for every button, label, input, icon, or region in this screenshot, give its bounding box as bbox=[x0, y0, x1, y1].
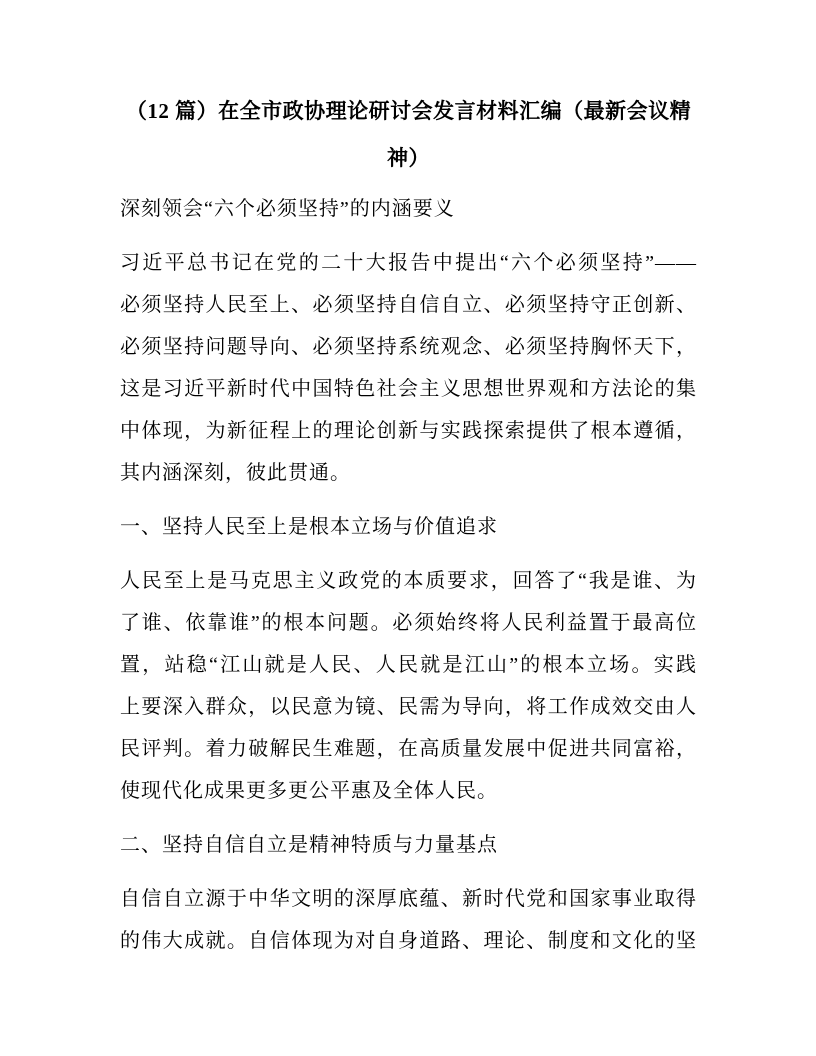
heading-section-2: 二、坚持自信自立是精神特质与力量基点 bbox=[120, 824, 697, 866]
paragraph-section-2-line-2: 的伟大成就。自信体现为对自身道路、理论、制度和文化的坚 bbox=[120, 920, 697, 962]
paragraph-intro-line-5: 中体现，为新征程上的理论创新与实践探索提供了根本遵循， bbox=[120, 410, 697, 452]
paragraph-section-1-line-4: 上要深入群众，以民意为镜、民需为导向，将工作成效交由人 bbox=[120, 686, 697, 728]
paragraph-intro-line-1: 习近平总书记在党的二十大报告中提出“六个必须坚持”—— bbox=[120, 242, 697, 284]
heading-section-2-line-1: 二、坚持自信自立是精神特质与力量基点 bbox=[120, 824, 697, 866]
paragraph-section-1-line-1: 人民至上是马克思主义政党的本质要求，回答了“我是谁、为 bbox=[120, 560, 697, 602]
paragraph-intro: 习近平总书记在党的二十大报告中提出“六个必须坚持”——必须坚持人民至上、必须坚持… bbox=[120, 242, 697, 494]
paragraph-section-1-line-5: 民评判。着力破解民生难题，在高质量发展中促进共同富裕， bbox=[120, 728, 697, 770]
document-page: （12 篇）在全市政协理论研讨会发言材料汇编（最新会议精神）深刻领会“六个必须坚… bbox=[0, 0, 816, 1056]
paragraph-section-2: 自信自立源于中华文明的深厚底蕴、新时代党和国家事业取得的伟大成就。自信体现为对自… bbox=[120, 878, 697, 962]
paragraph-section-2-line-1: 自信自立源于中华文明的深厚底蕴、新时代党和国家事业取得 bbox=[120, 878, 697, 920]
paragraph-intro-line-6: 其内涵深刻，彼此贯通。 bbox=[120, 452, 697, 494]
paragraph-intro-line-3: 必须坚持问题导向、必须坚持系统观念、必须坚持胸怀天下， bbox=[120, 326, 697, 368]
paragraph-section-1-line-2: 了谁、依靠谁”的根本问题。必须始终将人民利益置于最高位 bbox=[120, 602, 697, 644]
document-content: （12 篇）在全市政协理论研讨会发言材料汇编（最新会议精神）深刻领会“六个必须坚… bbox=[0, 0, 816, 962]
paragraph-section-1-line-6: 使现代化成果更多更公平惠及全体人民。 bbox=[120, 770, 697, 812]
paragraph-section-1: 人民至上是马克思主义政党的本质要求，回答了“我是谁、为了谁、依靠谁”的根本问题。… bbox=[120, 560, 697, 812]
document-title-line-1: （12 篇）在全市政协理论研讨会发言材料汇编（最新会议精 bbox=[120, 88, 697, 135]
document-subheading: 深刻领会“六个必须坚持”的内涵要义 bbox=[120, 188, 697, 230]
document-subheading-line-1: 深刻领会“六个必须坚持”的内涵要义 bbox=[120, 188, 697, 230]
document-title-line-2: 神） bbox=[120, 135, 697, 182]
heading-section-1-line-1: 一、坚持人民至上是根本立场与价值追求 bbox=[120, 506, 697, 548]
paragraph-section-1-line-3: 置，站稳“江山就是人民、人民就是江山”的根本立场。实践 bbox=[120, 644, 697, 686]
heading-section-1: 一、坚持人民至上是根本立场与价值追求 bbox=[120, 506, 697, 548]
document-title: （12 篇）在全市政协理论研讨会发言材料汇编（最新会议精神） bbox=[120, 88, 697, 182]
paragraph-intro-line-2: 必须坚持人民至上、必须坚持自信自立、必须坚持守正创新、 bbox=[120, 284, 697, 326]
paragraph-intro-line-4: 这是习近平新时代中国特色社会主义思想世界观和方法论的集 bbox=[120, 368, 697, 410]
